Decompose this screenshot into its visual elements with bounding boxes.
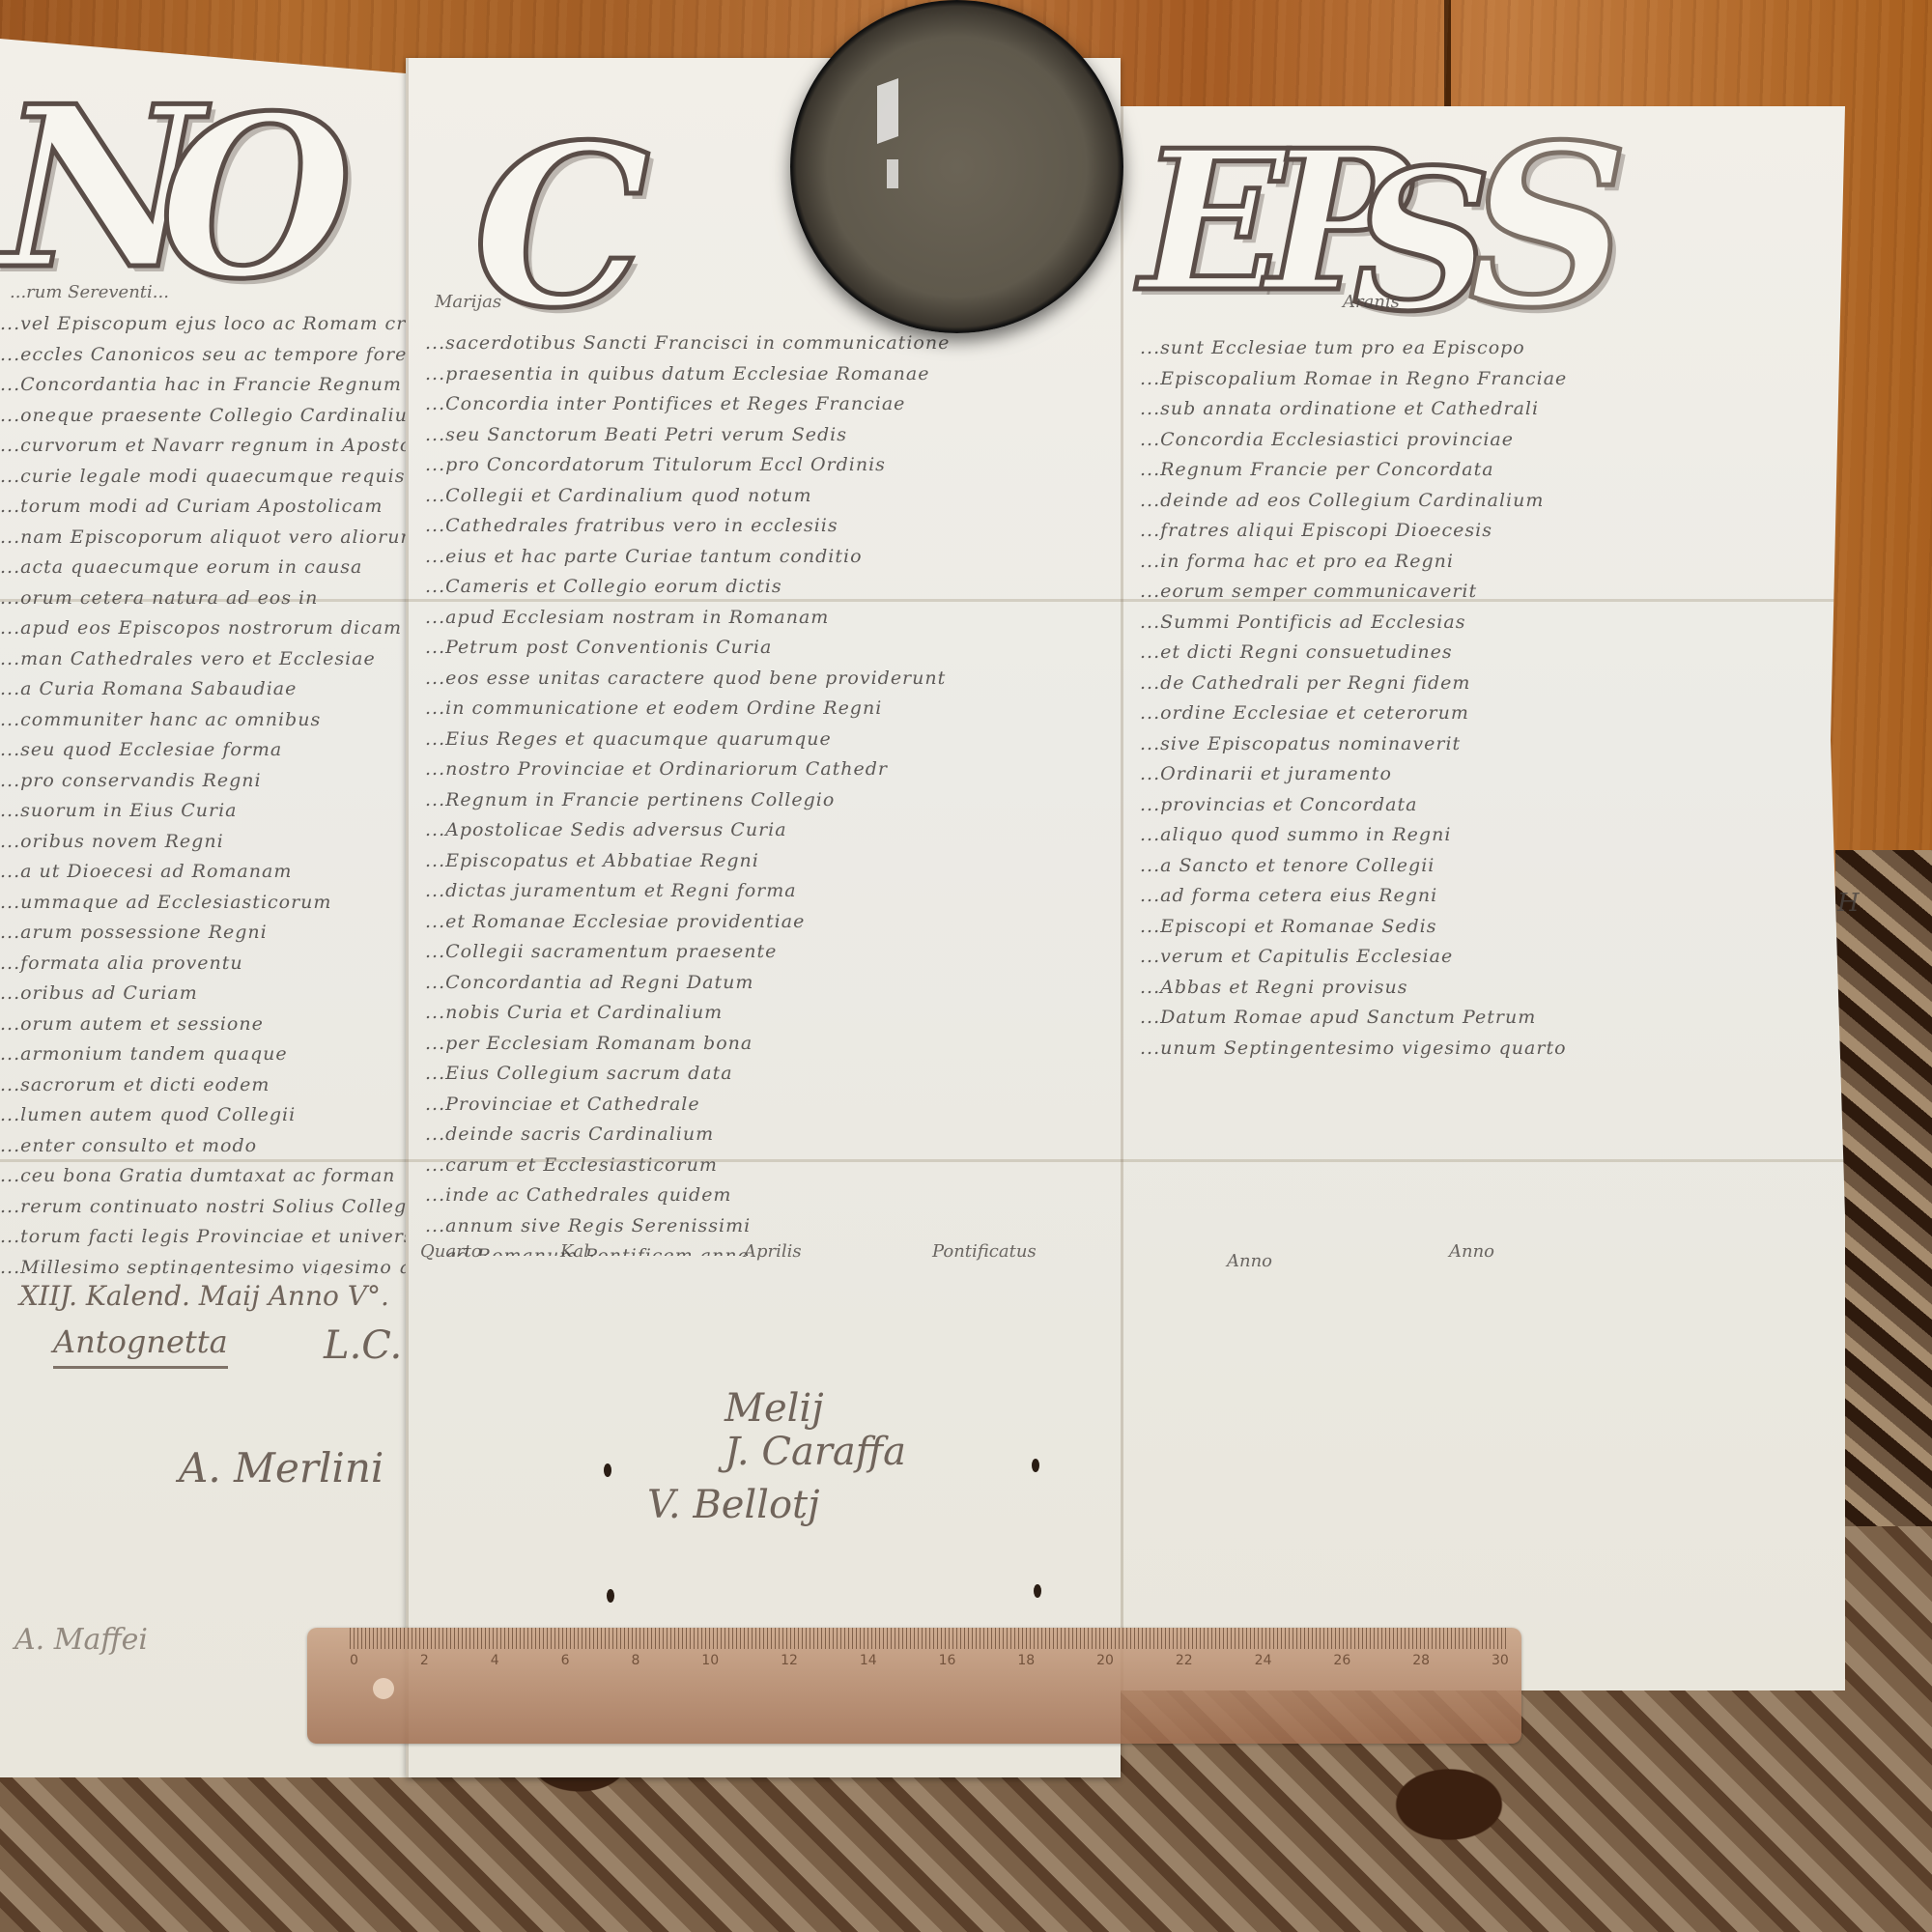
text-line: ...deinde ad eos Collegium Cardinalium xyxy=(1140,486,1835,517)
text-line: ...aliquo quod summo in Regni xyxy=(1140,820,1835,851)
text-line: ...seu quod Ecclesiae forma xyxy=(0,735,406,766)
ruler-scale: 0 2 4 6 8 10 12 14 16 18 20 22 24 26 28 … xyxy=(350,1653,1509,1672)
text-line: ...apud Ecclesiam nostram in Romanam xyxy=(425,603,1121,634)
text-line: ...Cameris et Collegio eorum dictis xyxy=(425,572,1121,603)
text-line: ...pro Concordatorum Titulorum Eccl Ordi… xyxy=(425,450,1121,481)
ruler-label: 16 xyxy=(939,1653,956,1672)
text-line: ...pro conservandis Regni xyxy=(0,766,406,797)
dating-word: Pontificatus xyxy=(932,1241,1037,1262)
text-line: ...eccles Canonicos seu ac tempore foret xyxy=(0,340,406,371)
text-line: ...dictas juramentum et Regni forma xyxy=(425,876,1121,907)
text-line: ...in forma hac et pro ea Regni xyxy=(1140,547,1835,578)
text-line: ...curvorum et Navarr regnum in Apostoli… xyxy=(0,431,406,462)
text-line: ...praesentia in quibus datum Ecclesiae … xyxy=(425,359,1121,390)
ruler-label: 18 xyxy=(1017,1653,1035,1672)
text-line: ...Regnum Francie per Concordata xyxy=(1140,455,1835,486)
text-line: ...Datum Romae apud Sanctum Petrum xyxy=(1140,1003,1835,1034)
signature-bellotj: V. Bellotj xyxy=(647,1483,820,1527)
text-line: ...Episcopatus et Abbatiae Regni xyxy=(425,846,1121,877)
text-line: ...formata alia proventu xyxy=(0,949,406,980)
text-line: ...lumen autem quod Collegii xyxy=(0,1100,406,1131)
text-line: ...sive Episcopatus nominaverit xyxy=(1140,729,1835,760)
signature-paraph: L.C. xyxy=(324,1323,402,1368)
margin-mark: H xyxy=(1837,889,1860,918)
ruler-label: 26 xyxy=(1333,1653,1350,1672)
text-line: ...Concordia Ecclesiastici provinciae xyxy=(1140,425,1835,456)
dating-word: Kal. xyxy=(560,1241,595,1262)
text-line: ...deinde sacris Cardinalium xyxy=(425,1120,1121,1151)
text-line: ...ad forma cetera eius Regni xyxy=(1140,881,1835,912)
text-line: ...enter consulto et modo xyxy=(0,1131,406,1162)
seal-hole xyxy=(604,1463,611,1477)
text-line: ...oneque praesente Collegio Cardinalium… xyxy=(0,401,406,432)
text-line: ...suorum in Eius Curia xyxy=(0,796,406,827)
text-line: ...Apostolicae Sedis adversus Curia xyxy=(425,815,1121,846)
text-line: ...unum Septingentesimo vigesimo quarto xyxy=(1140,1034,1835,1065)
text-line: ...man Cathedrales vero et Ecclesiae xyxy=(0,644,406,675)
lens-glare xyxy=(887,159,898,188)
text-line: ...Abbas et Regni provisus xyxy=(1140,973,1835,1004)
signature-antognetta: Antognetta xyxy=(53,1323,228,1369)
text-line: ...Collegii et Cardinalium quod notum xyxy=(425,481,1121,512)
text-line: ...eos esse unitas caractere quod bene p… xyxy=(425,664,1121,695)
signature-caraffa: J. Caraffa xyxy=(724,1430,906,1474)
text-line: ...oribus novem Regni xyxy=(0,827,406,858)
lens-glare xyxy=(877,78,898,144)
ruler-label: 14 xyxy=(860,1653,877,1672)
text-line: ...ceu bona Gratia dumtaxat ac forman xyxy=(0,1161,406,1192)
date-annotation: XIIJ. Kalend. Maij Anno V°. xyxy=(19,1280,389,1312)
ruler-label: 8 xyxy=(631,1653,639,1672)
text-line: ...Eius Collegium sacrum data xyxy=(425,1059,1121,1090)
text-line: ...a ut Dioecesi ad Romanam xyxy=(0,857,406,888)
text-line: ...Concordia inter Pontifices et Reges F… xyxy=(425,389,1121,420)
dating-word: Quarto xyxy=(420,1241,482,1262)
signature-bottom-left: A. Maffei xyxy=(14,1623,148,1657)
text-line: ...Millesimo septingentesimo vigesimo qu… xyxy=(0,1253,406,1276)
margin-note: Marijas xyxy=(435,292,501,312)
ruler-label: 12 xyxy=(781,1653,798,1672)
text-line: ...sacrorum et dicti eodem xyxy=(0,1070,406,1101)
ruler-label: 6 xyxy=(561,1653,570,1672)
text-line: ...torum modi ad Curiam Apostolicam xyxy=(0,492,406,523)
text-line: ...Eius Reges et quacumque quarumque xyxy=(425,724,1121,755)
magnifying-glass xyxy=(790,0,1123,333)
initial-letter: S xyxy=(1468,116,1629,338)
text-line: ...Episcopalium Romae in Regno Franciae xyxy=(1140,364,1835,395)
ruler: 0 2 4 6 8 10 12 14 16 18 20 22 24 26 28 … xyxy=(307,1628,1521,1744)
text-line: ...orum autem et sessione xyxy=(0,1009,406,1040)
signature-merlini: A. Merlini xyxy=(179,1444,384,1492)
ruler-label: 28 xyxy=(1412,1653,1430,1672)
text-line: ...torum facti legis Provinciae et unive… xyxy=(0,1222,406,1253)
seal-hole xyxy=(1034,1584,1041,1598)
text-line: ...et dicti Regni consuetudines xyxy=(1140,638,1835,668)
fold-line xyxy=(1121,106,1123,1690)
text-line: ...apud eos Episcopos nostrorum dicam xyxy=(0,613,406,644)
text-line: ...Petrum post Conventionis Curia xyxy=(425,633,1121,664)
text-line: ...fratres aliqui Episcopi Dioecesis xyxy=(1140,516,1835,547)
text-line: ...Regnum in Francie pertinens Collegio xyxy=(425,785,1121,816)
dating-word: Anno xyxy=(1449,1241,1494,1262)
text-line: ...ummaque ad Ecclesiasticorum xyxy=(0,888,406,919)
ruler-label: 30 xyxy=(1492,1653,1509,1672)
ruler-label: 20 xyxy=(1096,1653,1114,1672)
text-line: ...a Sancto et tenore Collegii xyxy=(1140,851,1835,882)
text-line: ...verum et Capitulis Ecclesiae xyxy=(1140,942,1835,973)
text-line: ...arum possessione Regni xyxy=(0,918,406,949)
text-line: ...annum sive Regis Serenissimi xyxy=(425,1211,1121,1242)
text-line: ...ordine Ecclesiae et ceterorum xyxy=(1140,698,1835,729)
signature-melij: Melij xyxy=(724,1386,824,1431)
initial-letter: O xyxy=(159,87,353,309)
ruler-ticks xyxy=(350,1628,1509,1649)
text-line: ...Collegii sacramentum praesente xyxy=(425,937,1121,968)
text-line: ...Ordinarii et juramento xyxy=(1140,759,1835,790)
text-line: ...per Ecclesiam Romanam bona xyxy=(425,1029,1121,1060)
text-line: ...Concordantia ad Regni Datum xyxy=(425,968,1121,999)
text-line: ...Summi Pontificis ad Ecclesias xyxy=(1140,608,1835,639)
text-line: ...armonium tandem quaque xyxy=(0,1039,406,1070)
seal-hole xyxy=(607,1589,614,1603)
text-line: ...Episcopi et Romanae Sedis xyxy=(1140,912,1835,943)
text-line: ...de Cathedrali per Regni fidem xyxy=(1140,668,1835,699)
text-line: ...eius et hac parte Curiae tantum condi… xyxy=(425,542,1121,573)
text-line: ...Provinciae et Cathedrale xyxy=(425,1090,1121,1121)
text-line: ...provincias et Concordata xyxy=(1140,790,1835,821)
text-line: ...eorum semper communicaverit xyxy=(1140,577,1835,608)
text-line: ...vel Episcopum ejus loco ac Romam cred… xyxy=(0,309,406,340)
text-line: ...sacerdotibus Sancti Francisci in comm… xyxy=(425,328,1121,359)
ruler-label: 24 xyxy=(1255,1653,1272,1672)
margin-note: ...rum Sereventi... xyxy=(10,282,169,302)
body-text-right: ...sunt Ecclesiae tum pro ea Episcopo ..… xyxy=(1140,333,1835,1261)
ruler-hole xyxy=(373,1678,394,1699)
text-line: ...nobis Curia et Cardinalium xyxy=(425,998,1121,1029)
text-line: ...acta quaecumque eorum in causa xyxy=(0,553,406,583)
body-text-left: ...vel Episcopum ejus loco ac Romam cred… xyxy=(0,309,406,1275)
text-line: ...orum cetera natura ad eos in xyxy=(0,583,406,614)
text-line: ...rerum continuato nostri Solius Colleg… xyxy=(0,1192,406,1223)
body-text-middle: ...sacerdotibus Sancti Francisci in comm… xyxy=(425,328,1121,1256)
text-line: ...nam Episcoporum aliquot vero aliorum xyxy=(0,523,406,554)
text-line: ...communiter hanc ac omnibus xyxy=(0,705,406,736)
text-line: ...seu Sanctorum Beati Petri verum Sedis xyxy=(425,420,1121,451)
text-line: ...carum et Ecclesiasticorum xyxy=(425,1151,1121,1181)
text-line: ...a Curia Romana Sabaudiae xyxy=(0,674,406,705)
text-line: ...Cathedrales fratribus vero in ecclesi… xyxy=(425,511,1121,542)
dating-word: Aprilis xyxy=(744,1241,802,1262)
ruler-label: 2 xyxy=(420,1653,429,1672)
dating-word: Anno xyxy=(1227,1251,1272,1271)
ruler-label: 10 xyxy=(701,1653,719,1672)
text-line: ...oribus ad Curiam xyxy=(0,979,406,1009)
text-line: ...et Romanae Ecclesiae providentiae xyxy=(425,907,1121,938)
seal-hole xyxy=(1032,1459,1039,1472)
ruler-label: 4 xyxy=(491,1653,499,1672)
text-line: ...in communicatione et eodem Ordine Reg… xyxy=(425,694,1121,724)
margin-note: Aranis xyxy=(1343,292,1400,312)
text-line: ...nostro Provinciae et Ordinariorum Cat… xyxy=(425,754,1121,785)
text-line: ...Concordantia hac in Francie Regnum cu… xyxy=(0,370,406,401)
text-line: ...sunt Ecclesiae tum pro ea Episcopo xyxy=(1140,333,1835,364)
text-line: ...curie legale modi quaecumque requisit… xyxy=(0,462,406,493)
ruler-label: 0 xyxy=(350,1653,358,1672)
ruler-label: 22 xyxy=(1176,1653,1193,1672)
text-line: ...sub annata ordinatione et Cathedrali xyxy=(1140,394,1835,425)
text-line: ...inde ac Cathedrales quidem xyxy=(425,1180,1121,1211)
